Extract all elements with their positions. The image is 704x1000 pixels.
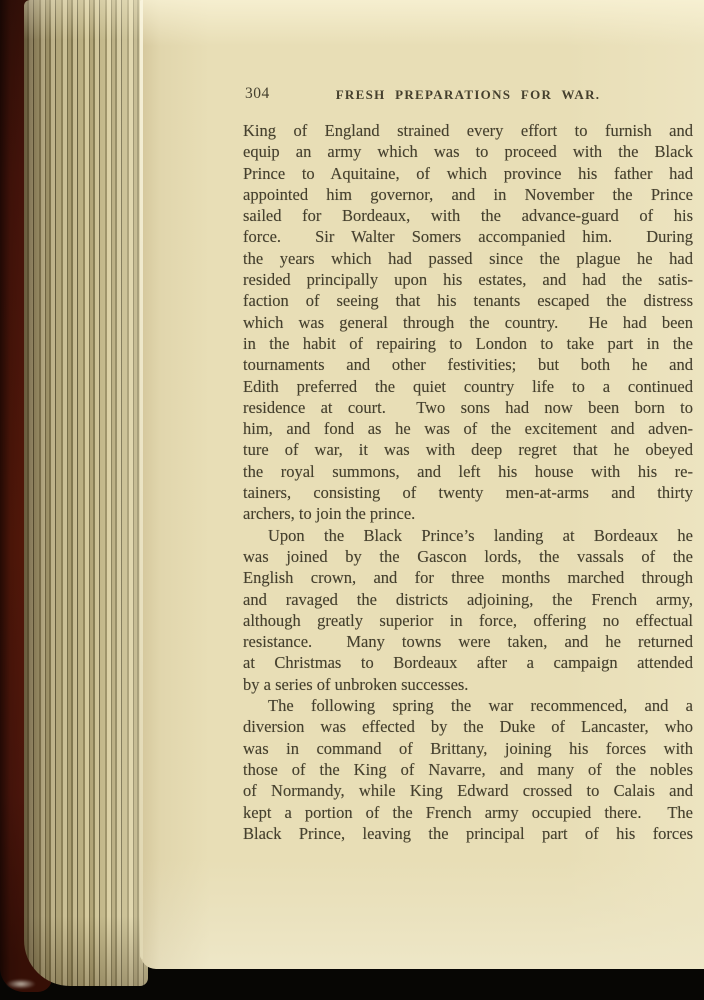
text-line: of Normandy, while King Edward crossed t… (243, 780, 693, 801)
text-line: Edith preferred the quiet country life t… (243, 376, 693, 397)
text-line: which was general through the country. H… (243, 312, 693, 333)
text-line: the years which had passed since the pla… (243, 248, 693, 269)
book-page: 304 FRESH PREPARATIONS FOR WAR. King of … (140, 0, 704, 969)
text-line: force. Sir Walter Somers accompanied him… (243, 226, 693, 247)
text-line: resided principally upon his estates, an… (243, 269, 693, 290)
text-line: those of the King of Navarre, and many o… (243, 759, 693, 780)
text-line: residence at court. Two sons had now bee… (243, 397, 693, 418)
text-line: archers, to join the prince. (243, 503, 693, 524)
text-line: in the habit of repairing to London to t… (243, 333, 693, 354)
text-line: ture of war, it was with deep regret tha… (243, 439, 693, 460)
text-line: resistance. Many towns were taken, and h… (243, 631, 693, 652)
text-line: although greatly superior in force, offe… (243, 610, 693, 631)
text-line: and ravaged the districts adjoining, the… (243, 589, 693, 610)
running-header-title: FRESH PREPARATIONS FOR WAR. (243, 84, 693, 103)
page-text: King of England strained every effort to… (243, 120, 693, 844)
running-header: 304 FRESH PREPARATIONS FOR WAR. (243, 84, 693, 104)
text-line: equip an army which was to proceed with … (243, 141, 693, 162)
text-line: was joined by the Gascon lords, the vass… (243, 546, 693, 567)
text-line: the royal summons, and left his house wi… (243, 461, 693, 482)
text-line: English crown, and for three months marc… (243, 567, 693, 588)
book-photo-scene: 304 FRESH PREPARATIONS FOR WAR. King of … (0, 0, 704, 1000)
text-line: at Christmas to Bordeaux after a campaig… (243, 652, 693, 673)
text-line: appointed him governor, and in November … (243, 184, 693, 205)
text-line: kept a portion of the French army occupi… (243, 802, 693, 823)
text-line: diversion was effected by the Duke of La… (243, 716, 693, 737)
text-line: The following spring the war recommenced… (243, 695, 693, 716)
text-line: faction of seeing that his tenants escap… (243, 290, 693, 311)
text-line: Prince to Aquitaine, of which province h… (243, 163, 693, 184)
text-line: Upon the Black Prince’s landing at Borde… (243, 525, 693, 546)
printed-text-block: 304 FRESH PREPARATIONS FOR WAR. King of … (243, 84, 693, 844)
text-line: tournaments and other festivities; but b… (243, 354, 693, 375)
reflection-highlight (6, 979, 36, 989)
page-edges-stack (24, 0, 148, 986)
text-line: Black Prince, leaving the principal part… (243, 823, 693, 844)
text-line: King of England strained every effort to… (243, 120, 693, 141)
text-line: by a series of unbroken successes. (243, 674, 693, 695)
page-number: 304 (245, 85, 270, 103)
text-line: tainers, consisting of twenty men-at-arm… (243, 482, 693, 503)
text-line: was in command of Brittany, joining his … (243, 738, 693, 759)
text-line: him, and fond as he was of the excitemen… (243, 418, 693, 439)
text-line: sailed for Bordeaux, with the advance-gu… (243, 205, 693, 226)
